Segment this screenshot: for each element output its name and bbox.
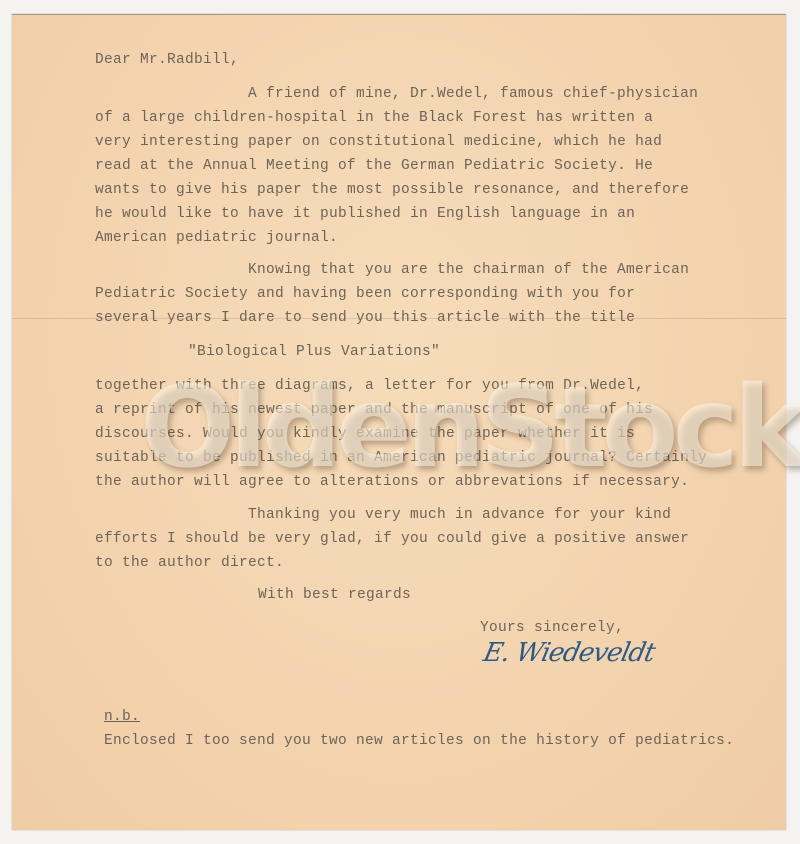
paragraph1-line: read at the Annual Meeting of the German… [95, 154, 653, 178]
paragraph1-line: very interesting paper on constitutional… [95, 130, 662, 154]
watermark: OldenStock [140, 372, 800, 484]
paragraph1-line: American pediatric journal. [95, 226, 338, 250]
paragraph1-line: he would like to have it published in En… [95, 202, 635, 226]
closing-regards: With best regards [258, 583, 411, 607]
paragraph2-line: several years I dare to send you this ar… [95, 306, 635, 330]
handwritten-signature: E. Wiedeveldt [481, 638, 657, 668]
paragraph2-line: Knowing that you are the chairman of the… [248, 258, 689, 282]
paragraph4-line: to the author direct. [95, 551, 284, 575]
salutation: Dear Mr.Radbill, [95, 48, 239, 72]
article-title: "Biological Plus Variations" [188, 340, 440, 364]
closing-sincerely: Yours sincerely, [480, 616, 624, 640]
paragraph1-line: of a large children-hospital in the Blac… [95, 106, 653, 130]
nb-text: Enclosed I too send you two new articles… [104, 729, 734, 753]
paragraph1-line: wants to give his paper the most possibl… [95, 178, 689, 202]
nb-label: n.b. [104, 705, 140, 729]
paragraph1-line: A friend of mine, Dr.Wedel, famous chief… [248, 82, 698, 106]
paragraph4-line: efforts I should be very glad, if you co… [95, 527, 689, 551]
paragraph2-line: Pediatric Society and having been corres… [95, 282, 635, 306]
paragraph4-line: Thanking you very much in advance for yo… [248, 503, 671, 527]
